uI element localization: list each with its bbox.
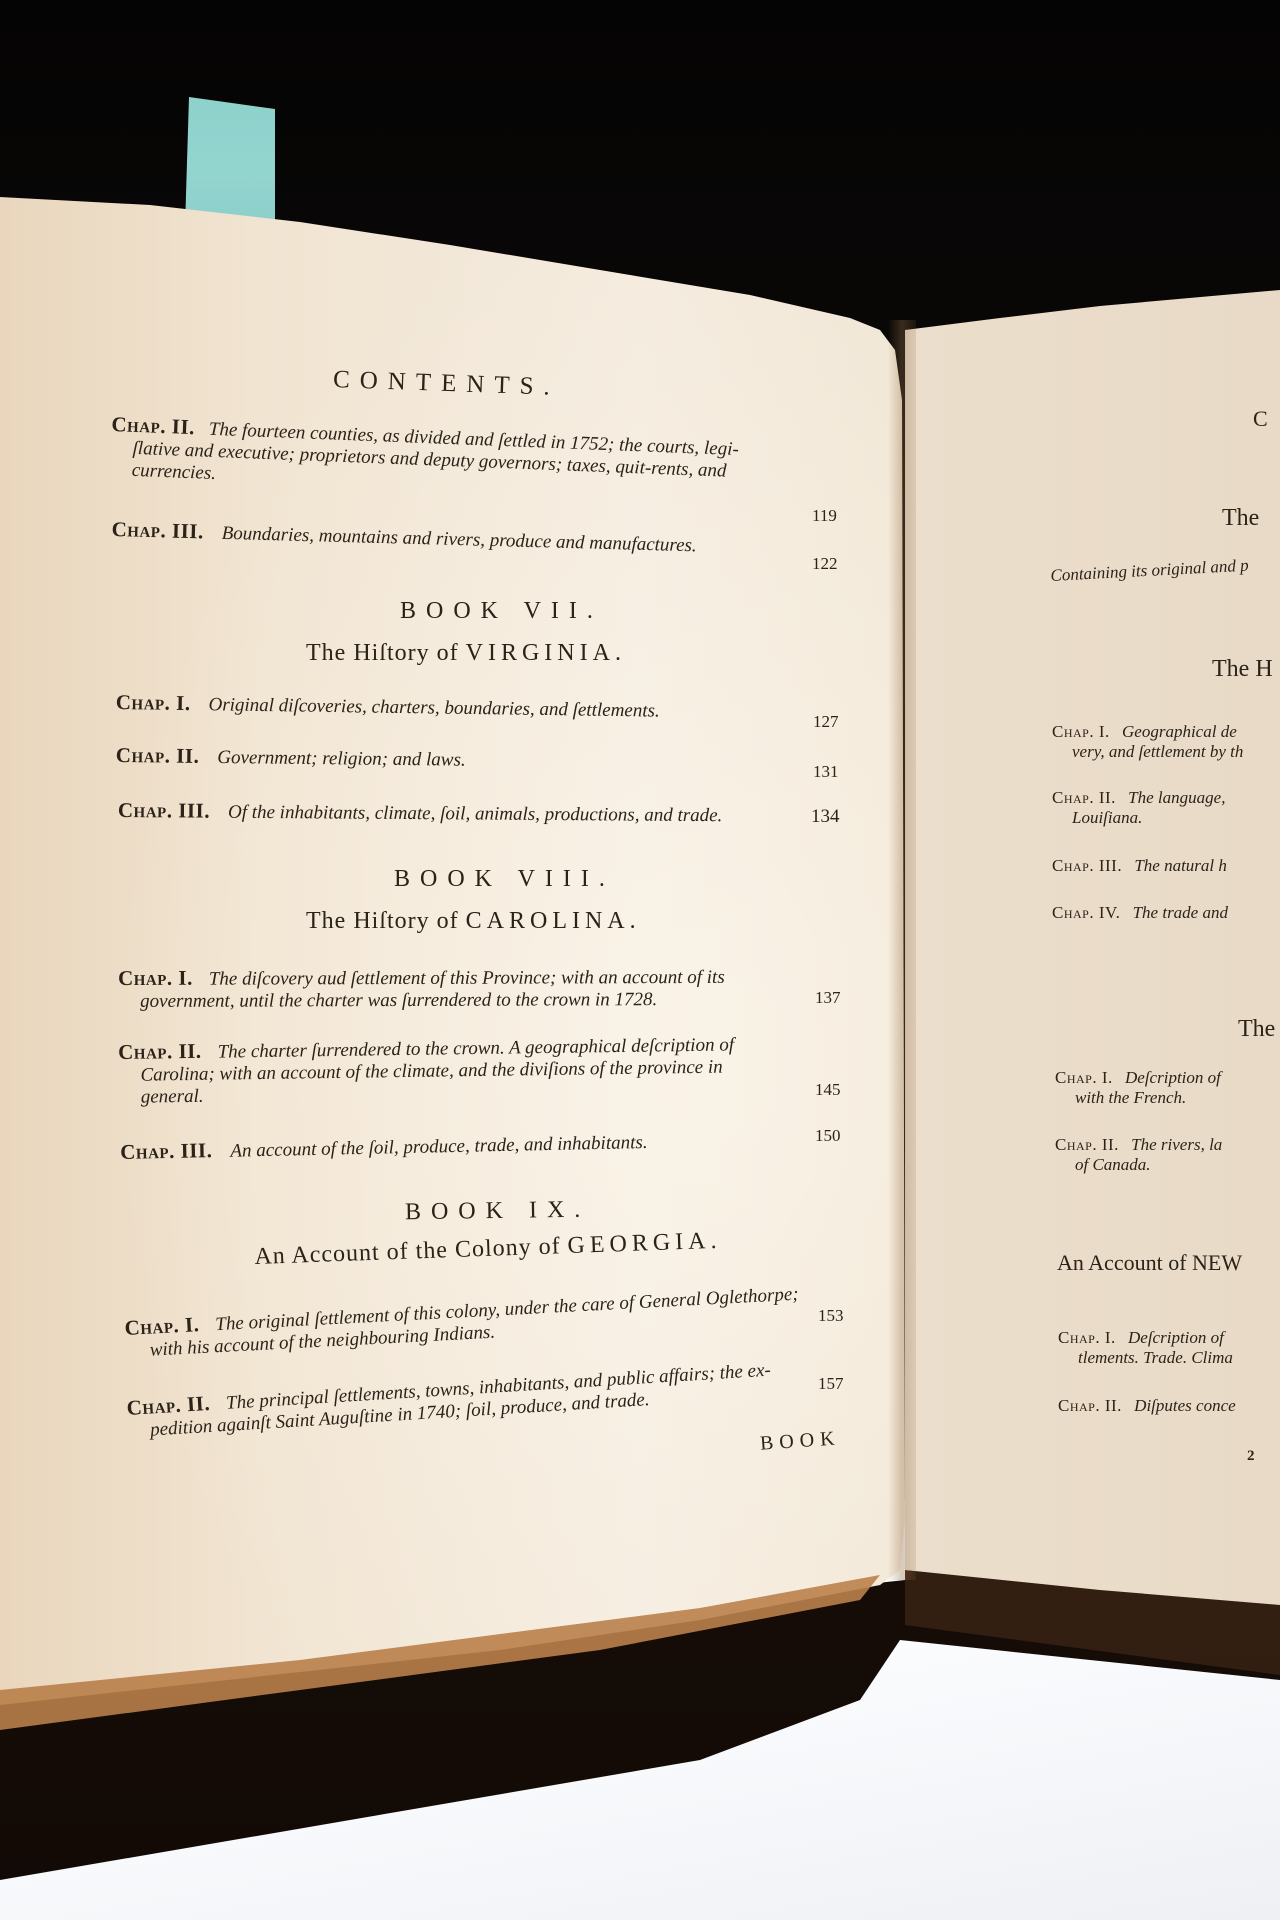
signature-mark: 2 [1247, 1448, 1255, 1465]
chapter-desc-line: Of the inhabitants, climate, ſoil, anima… [228, 802, 722, 826]
page-number: 150 [815, 1126, 841, 1146]
right-title: The H [1212, 656, 1273, 683]
chapter-desc-line: currencies. [131, 460, 216, 484]
chapter-desc-line: The language, [1128, 788, 1225, 807]
chapter-label: Chap. I. [118, 966, 193, 990]
right-toc-entry: Chap. II. The language, Louiſiana. [1052, 788, 1225, 828]
chapter-label: Chap. II. [1058, 1396, 1122, 1415]
page-number: 131 [813, 762, 839, 782]
chapter-desc-line: general. [141, 1086, 204, 1108]
chapter-desc-line: The natural h [1134, 856, 1227, 875]
chapter-desc-line: government, until the charter was ſurren… [140, 989, 657, 1012]
book-heading: BOOK IX. [405, 1197, 591, 1227]
right-title: The [1222, 505, 1259, 532]
book-title: The Hiſtory of CAROLINA. [306, 908, 641, 935]
book-title-prefix: The Hiſtory of [306, 908, 459, 934]
chapter-desc-line: Deſcription of [1128, 1328, 1224, 1347]
page-number: 145 [815, 1080, 841, 1100]
right-toc-entry: Chap. I. Deſcription of tlements. Trade.… [1058, 1328, 1233, 1368]
chapter-label: Chap. I. [116, 690, 191, 715]
page-number: 134 [811, 806, 840, 828]
chapter-label: Chap. I. [1055, 1068, 1113, 1087]
right-toc-entry: Chap. I. Deſcription of with the French. [1055, 1068, 1221, 1108]
chapter-desc-line: with the French. [1075, 1088, 1186, 1107]
chapter-label: Chap. II. [118, 1039, 202, 1064]
right-title: An Account of NEW [1057, 1250, 1242, 1276]
book-title-name: CAROLINA. [466, 908, 641, 934]
chapter-desc-line: very, and ſettlement by th [1072, 742, 1243, 761]
chapter-label: Chap. I. [1058, 1328, 1116, 1347]
chapter-label: Chap. III. [118, 798, 210, 823]
chapter-label: Chap. II. [111, 412, 195, 439]
chapter-desc-line: tlements. Trade. Clima [1078, 1348, 1233, 1367]
book-gutter [888, 320, 916, 1580]
chapter-label: Chap. II. [1052, 788, 1116, 807]
chapter-desc-line: Deſcription of [1125, 1068, 1221, 1087]
right-heading: C [1253, 406, 1268, 432]
toc-entry: Chap. II. The charter ſurrendered to the… [118, 1031, 735, 1109]
page-number: 122 [812, 554, 838, 574]
chapter-desc-line: The diſcovery aud ſettlement of this Pro… [209, 967, 725, 990]
page-number: 119 [812, 506, 837, 526]
chapter-label: Chap. III. [120, 1138, 213, 1164]
toc-entry: Chap. III. Of the inhabitants, climate, … [118, 798, 723, 827]
chapter-label: Chap. III. [1052, 856, 1122, 875]
chapter-label: Chap. III. [111, 517, 204, 543]
chapter-label: Chap. I. [1052, 722, 1110, 741]
book-title-name: VIRGINIA. [466, 640, 626, 666]
right-toc-entry: Chap. III. The natural h [1052, 856, 1227, 876]
chapter-desc-line: Government; religion; and laws. [217, 747, 466, 771]
chapter-desc-line: Louiſiana. [1072, 808, 1142, 827]
book-title-name: GEORGIA. [567, 1228, 722, 1259]
book-heading: BOOK VIII. [394, 866, 615, 893]
chapter-desc-line: Diſputes conce [1134, 1396, 1236, 1415]
right-title: The [1238, 1016, 1275, 1043]
bookmark-slip [185, 97, 275, 227]
page-number: 153 [818, 1306, 844, 1326]
chapter-label: Chap. II. [1055, 1135, 1119, 1154]
right-toc-entry: Chap. II. Diſputes conce [1058, 1396, 1236, 1416]
chapter-desc-line: The rivers, la [1131, 1135, 1222, 1154]
chapter-label: Chap. IV. [1052, 903, 1120, 922]
page-number: 137 [815, 988, 841, 1008]
book-heading: BOOK VII. [400, 598, 603, 625]
toc-entry: Chap. II. Government; religion; and laws… [116, 743, 466, 772]
page-number: 127 [813, 712, 839, 732]
right-toc-entry: Chap. I. Geographical de very, and ſettl… [1052, 722, 1243, 762]
book-title-prefix: The Hiſtory of [306, 640, 459, 666]
chapter-desc-line: Geographical de [1122, 722, 1237, 741]
book-title: The Hiſtory of VIRGINIA. [306, 640, 626, 667]
chapter-desc-line: of Canada. [1075, 1155, 1151, 1174]
chapter-desc-line: The trade and [1133, 903, 1228, 922]
chapter-label: Chap. II. [116, 743, 200, 768]
right-toc-entry: Chap. II. The rivers, la of Canada. [1055, 1135, 1222, 1175]
book-photo-scene: CONTENTS. Chap. II. The fourteen countie… [0, 0, 1280, 1920]
page-number: 157 [818, 1374, 844, 1394]
toc-entry: Chap. I. The diſcovery aud ſettlement of… [118, 964, 725, 1013]
right-toc-entry: Chap. IV. The trade and [1052, 903, 1228, 923]
chapter-label: Chap. I. [124, 1312, 200, 1340]
